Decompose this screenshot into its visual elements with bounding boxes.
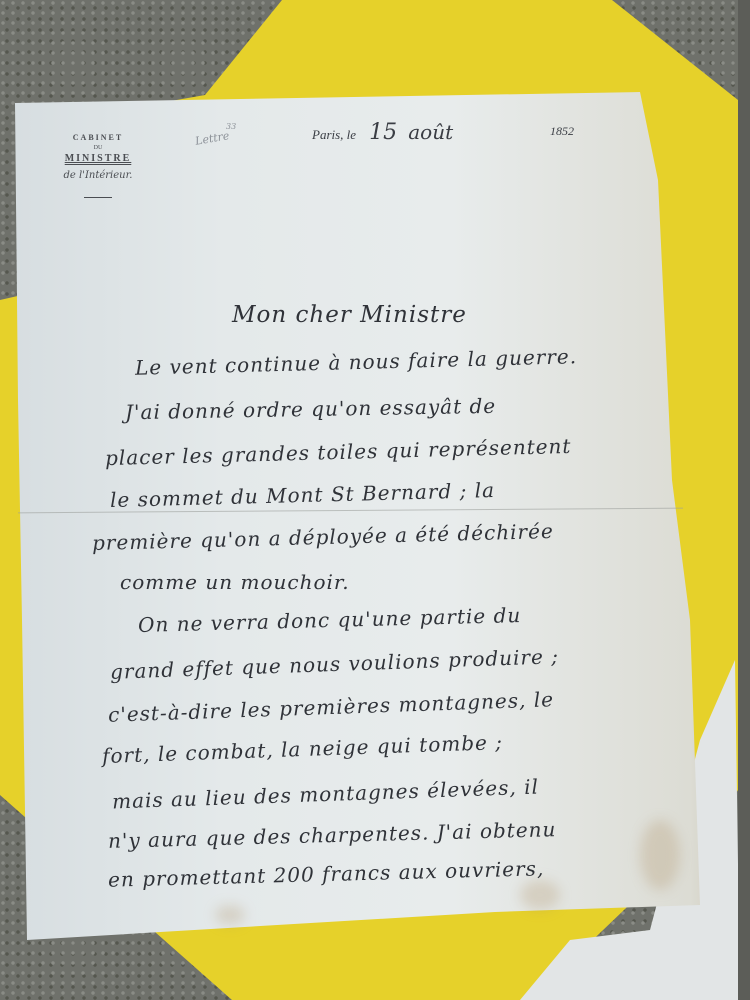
letterhead-du: DU xyxy=(38,145,158,151)
salutation: Mon cher Ministre xyxy=(232,302,467,328)
ministry-letterhead: CABINET DU MINISTRE de l'Intérieur. xyxy=(38,133,158,198)
letterhead-interieur: de l'Intérieur. xyxy=(38,170,158,181)
date-city: Paris, le xyxy=(312,127,356,142)
letter-line: comme un mouchoir. xyxy=(120,570,350,594)
date-day: 15 xyxy=(369,120,397,145)
dateline: Paris, le 15 août 1852 xyxy=(312,120,632,145)
carpet-edge xyxy=(738,0,750,1000)
date-month: août xyxy=(408,120,453,144)
letterhead-ministre: MINISTRE xyxy=(38,153,158,164)
date-year: 1852 xyxy=(550,124,574,139)
paper-stain xyxy=(520,880,560,910)
letterhead-cabinet: CABINET xyxy=(38,133,158,142)
paper-stain xyxy=(640,820,680,890)
letterhead-rule xyxy=(84,197,112,198)
pencil-annotation-number: 33 xyxy=(226,122,236,131)
paper-stain xyxy=(215,905,245,925)
